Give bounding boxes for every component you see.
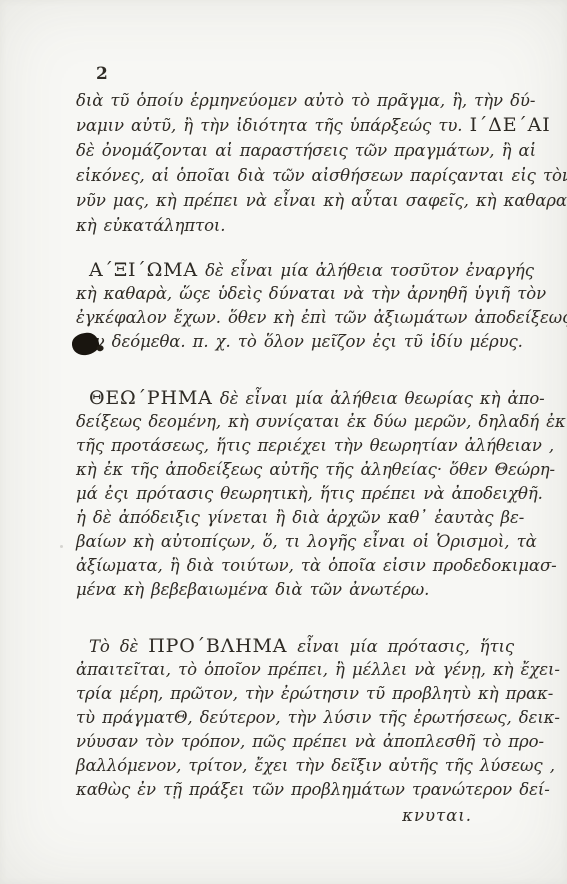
text-line: ἡ δὲ ἀπόδειξις γίνεται ἢ διὰ ἀρχῶν καθ᾽ … [76,506,514,530]
keyword-provlima: ΠΡΟ΄ΒΛΗΜΑ [148,635,287,657]
text-line: ΘΕΩ΄ΡΗΜΑ δὲ εἶναι μία ἀλήθεια θεωρίας κὴ… [76,386,514,410]
text-line: διὰ τῦ ὁποίυ ἑρμηνεύομεν αὐτὸ τὸ πρᾶγμα,… [76,88,514,113]
text-line: δὲν δεόμεθα. π. χ. τὸ ὅλον μεῖζον ἐςι τῦ… [76,330,514,354]
text-line: μένα κὴ βεβεβαιωμένα διὰ τῶν ἀνωτέρω. [76,578,514,602]
text-line: δὲ ὀνομάζονται αἱ παραστήσεις τῶν πραγμά… [76,138,514,163]
keyword-ideai: Ι΄ΔΕ΄ΑΙ [470,114,551,136]
text-line: νῦν μας, κὴ πρέπει νὰ εἶναι κὴ αὗται σαφ… [76,188,514,213]
text-line: κὴ καθαρὰ, ὥςε ὑδεὶς δύναται νὰ τὴν ἀρνη… [76,282,514,306]
paper-speck [527,424,530,427]
page-number: 2 [96,64,108,84]
text-line: Α΄ΞΙ΄ΩΜΑ δὲ εἶναι μία ἀλήθεια τοσῦτον ἐν… [76,258,514,282]
text-line: τῆς προτάσεως, ἥτις περιέχει τὴν θεωρητί… [76,434,514,458]
text-line: μά ἐςι πρότασις θεωρητικὴ, ἥτις πρέπει ν… [76,482,514,506]
text-line: εἰκόνες, αἱ ὁποῖαι διὰ τῶν αἰσθήσεων παρ… [76,163,514,188]
text-segment: δὲ εἶναι μία ἀλήθεια θεωρίας κὴ ἀπο- [213,389,545,408]
text-line: Τὸ δὲ ΠΡΟ΄ΒΛΗΜΑ εἶναι μία πρότασις, ἥτις [76,634,514,658]
text-line: ναμιν αὐτῦ, ἢ τὴν ἰδιότητα τῆς ὑπάρξεώς … [76,113,514,138]
text-line: τὺ πράγματΘ, δεύτερον, τὴν λύσιν τῆς ἐρω… [76,706,514,730]
text-line: νύυσαν τὸν τρόπον, πῶς πρέπει νὰ ἀποπλεσ… [76,730,514,754]
text-line: βαίων κὴ αὐτοπίςων, ὅ, τι λογῆς εἶναι οἱ… [76,530,514,554]
paragraph-axioma: Α΄ΞΙ΄ΩΜΑ δὲ εἶναι μία ἀλήθεια τοσῦτον ἐν… [76,258,514,354]
paragraph-provlima: Τὸ δὲ ΠΡΟ΄ΒΛΗΜΑ εἶναι μία πρότασις, ἥτις… [76,634,514,802]
text-line: ἐγκέφαλον ἔχων. ὅθεν κὴ ἐπὶ τῶν ἀξιωμάτω… [76,306,514,330]
text-segment: ναμιν αὐτῦ, ἢ τὴν ἰδιότητα τῆς ὑπάρξεώς … [76,116,470,135]
keyword-axioma: Α΄ΞΙ΄ΩΜΑ [89,259,198,281]
text-line: ἀξίωματα, ἢ διὰ τοιύτων, τὰ ὁποῖα εἰσιν … [76,554,514,578]
text-line: ἀπαιτεῖται, τὸ ὁποῖον πρέπει, ἢ μέλλει ν… [76,658,514,682]
paper-speck [60,545,63,548]
catchword: κνυται. [76,806,472,825]
text-line: βαλλόμενον, τρίτον, ἔχει τὴν δεῖξιν αὐτῆ… [76,754,514,778]
text-segment: εἶναι μία πρότασις, ἥτις [287,637,514,656]
paragraph-theorima: ΘΕΩ΄ΡΗΜΑ δὲ εἶναι μία ἀλήθεια θεωρίας κὴ… [76,386,514,602]
text-line: δείξεως δεομένη, κὴ συνίςαται ἐκ δύω μερ… [76,410,514,434]
text-line: τρία μέρη, πρῶτον, τὴν ἐρώτησιν τῦ προβλ… [76,682,514,706]
paragraph-ideai: διὰ τῦ ὁποίυ ἑρμηνεύομεν αὐτὸ τὸ πρᾶγμα,… [76,88,514,238]
scanned-book-page: 2 διὰ τῦ ὁποίυ ἑρμηνεύομεν αὐτὸ τὸ πρᾶγμ… [0,0,567,884]
text-segment: Τὸ δὲ [89,637,148,656]
paper-speck [520,666,522,668]
text-segment: δὲ εἶναι μία ἀλήθεια τοσῦτον ἐναργής [198,261,534,280]
keyword-theorima: ΘΕΩ΄ΡΗΜΑ [89,387,213,409]
text-line: κὴ εὐκατάληπτοι. [76,213,514,238]
text-line: καθὼς ἐν τῇ πράξει τῶν προβλημάτων τρανώ… [76,778,514,802]
text-line: κὴ ἐκ τῆς ἀποδείξεως αὐτῆς τῆς ἀληθείας·… [76,458,514,482]
